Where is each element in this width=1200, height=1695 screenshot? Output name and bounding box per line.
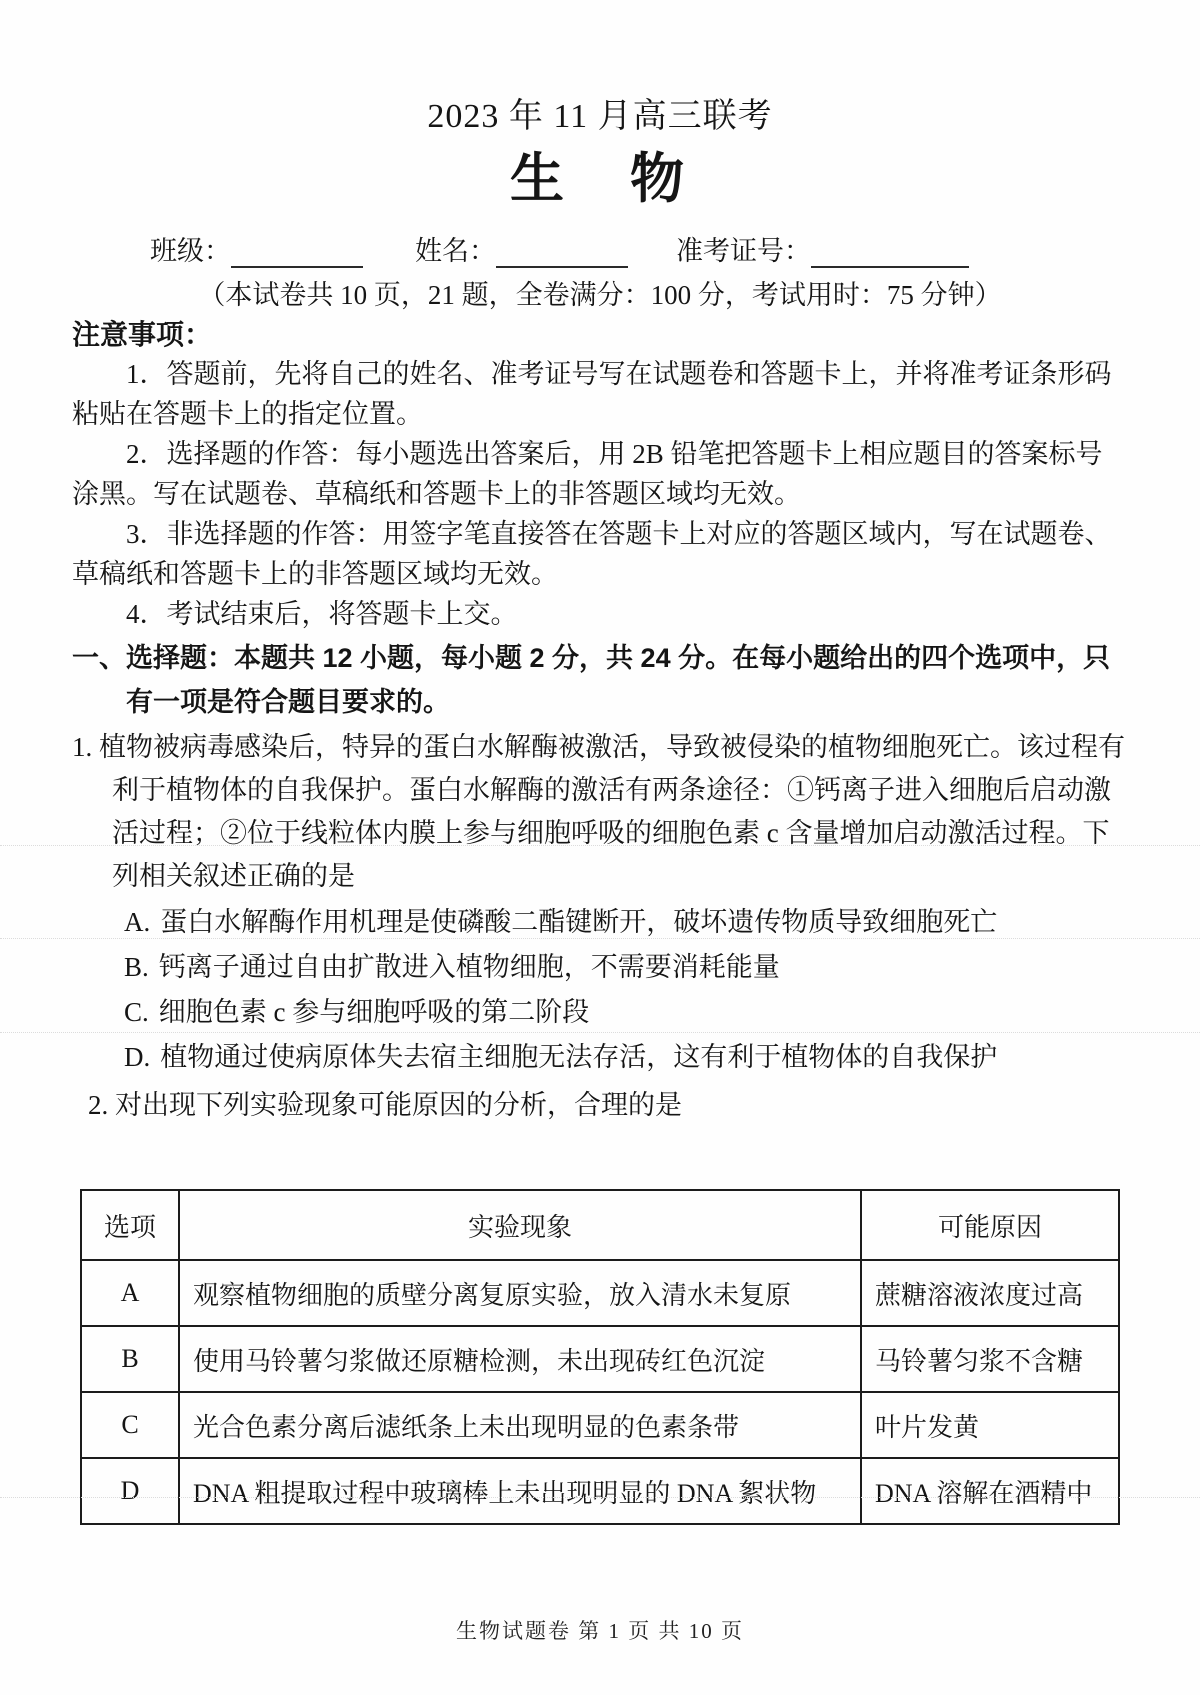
section1-heading: 一、选择题：本题共 12 小题，每小题 2 分，共 24 分。在每小题给出的四个… [72,636,1128,724]
option-b: B.钙离子通过自由扩散进入植物细胞，不需要消耗能量 [124,945,1128,990]
option-a-label: A. [124,907,150,937]
option-c-text: 细胞色素 c 参与细胞呼吸的第二阶段 [159,997,589,1027]
question-2-number: 2. [88,1090,108,1120]
option-c: C.细胞色素 c 参与细胞呼吸的第二阶段 [124,990,1128,1035]
class-blank [231,240,363,268]
option-b-label: B. [124,952,149,982]
table-row: B 使用马铃薯匀浆做还原糖检测，未出现砖红色沉淀 马铃薯匀浆不含糖 [81,1326,1119,1392]
option-d: D.植物通过使病原体失去宿主细胞无法存活，这有利于植物体的自我保护 [124,1035,1128,1080]
table-cell-option: C [81,1392,179,1458]
name-label: 姓名： [415,236,496,266]
option-c-label: C. [124,997,149,1027]
table-header-cause: 可能原因 [861,1190,1119,1260]
exam-title: 2023 年 11 月高三联考 [72,96,1128,138]
table-cell-phenomenon: 使用马铃薯匀浆做还原糖检测，未出现砖红色沉淀 [179,1326,861,1392]
table-cell-cause: DNA 溶解在酒精中 [861,1458,1119,1524]
table-cell-cause: 叶片发黄 [861,1392,1119,1458]
option-d-label: D. [124,1042,150,1072]
class-label: 班级： [150,236,231,266]
table-cell-option: B [81,1326,179,1392]
table-row: D DNA 粗提取过程中玻璃棒上未出现明显的 DNA 絮状物 DNA 溶解在酒精… [81,1458,1119,1524]
table-cell-phenomenon: DNA 粗提取过程中玻璃棒上未出现明显的 DNA 絮状物 [179,1458,861,1524]
table-header-phenomenon: 实验现象 [179,1190,861,1260]
table-cell-cause: 马铃薯匀浆不含糖 [861,1326,1119,1392]
notice-item-3: 3．非选择题的作答：用签字笔直接答在答题卡上对应的答题区域内，写在试题卷、草稿纸… [72,514,1128,594]
table-cell-option: D [81,1458,179,1524]
subject-title: 生 物 [72,148,1128,210]
notice-heading: 注意事项： [72,316,1128,354]
question-2-table: 选项 实验现象 可能原因 A 观察植物细胞的质壁分离复原实验，放入清水未复原 蔗… [80,1189,1120,1525]
table-cell-cause: 蔗糖溶液浓度过高 [861,1260,1119,1326]
student-info-line: 班级：姓名：准考证号： [150,234,1128,268]
admission-blank [811,240,969,268]
admission-label: 准考证号： [676,236,811,266]
table-cell-phenomenon: 光合色素分离后滤纸条上未出现明显的色素条带 [179,1392,861,1458]
table-row: C 光合色素分离后滤纸条上未出现明显的色素条带 叶片发黄 [81,1392,1119,1458]
notice-item-4: 4．考试结束后，将答题卡上交。 [72,594,1128,634]
question-2: 2. 对出现下列实验现象可能原因的分析，合理的是 [80,1084,1128,1127]
question-1-options: A.蛋白水解酶作用机理是使磷酸二酯键断开，破坏遗传物质导致细胞死亡 B.钙离子通… [72,900,1128,1080]
table-header-option: 选项 [81,1190,179,1260]
table-cell-phenomenon: 观察植物细胞的质壁分离复原实验，放入清水未复原 [179,1260,861,1326]
exam-paper-page: 2023 年 11 月高三联考 生 物 班级：姓名：准考证号： （本试卷共 10… [0,0,1200,1695]
table-cell-option: A [81,1260,179,1326]
question-1-stem: 植物被病毒感染后，特异的蛋白水解酶被激活，导致被侵染的植物细胞死亡。该过程有利于… [99,732,1125,891]
question-1-number: 1. [72,732,92,762]
option-a-text: 蛋白水解酶作用机理是使磷酸二酯键断开，破坏遗传物质导致细胞死亡 [160,907,997,937]
question-1: 1. 植物被病毒感染后，特异的蛋白水解酶被激活，导致被侵染的植物细胞死亡。该过程… [72,726,1128,898]
option-b-text: 钙离子通过自由扩散进入植物细胞，不需要消耗能量 [159,952,780,982]
table-header-row: 选项 实验现象 可能原因 [81,1190,1119,1260]
paper-meta-line: （本试卷共 10 页，21 题，全卷满分：100 分，考试用时：75 分钟） [72,278,1128,312]
option-d-text: 植物通过使病原体失去宿主细胞无法存活，这有利于植物体的自我保护 [160,1042,997,1072]
table-row: A 观察植物细胞的质壁分离复原实验，放入清水未复原 蔗糖溶液浓度过高 [81,1260,1119,1326]
option-a: A.蛋白水解酶作用机理是使磷酸二酯键断开，破坏遗传物质导致细胞死亡 [124,900,1128,945]
question-2-stem: 对出现下列实验现象可能原因的分析，合理的是 [115,1090,682,1120]
page-footer: 生物试题卷 第 1 页 共 10 页 [72,1617,1128,1645]
name-blank [496,240,628,268]
notice-item-2: 2．选择题的作答：每小题选出答案后，用 2B 铅笔把答题卡上相应题目的答案标号涂… [72,434,1128,514]
notice-item-1: 1．答题前，先将自己的姓名、准考证号写在试题卷和答题卡上，并将准考证条形码粘贴在… [72,354,1128,434]
